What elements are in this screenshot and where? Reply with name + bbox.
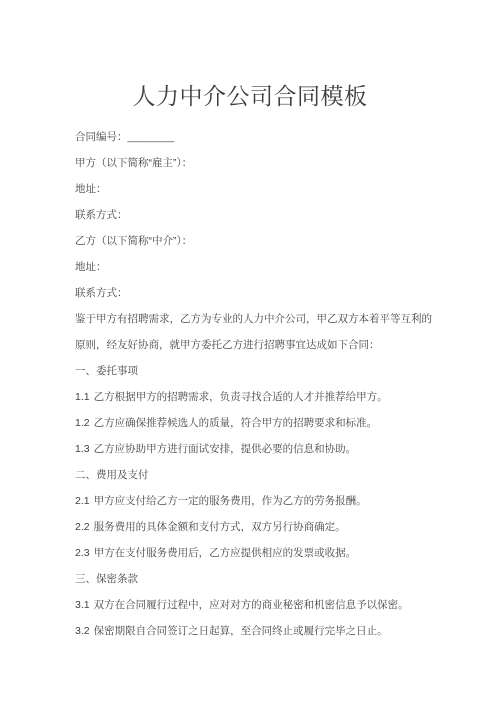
clause-3-1: 3.1双方在合同履行过程中，应对对方的商业秘密和机密信息予以保密。 xyxy=(75,592,440,618)
clause-2-2-text: 服务费用的具体金额和支付方式，双方另行协商确定。 xyxy=(94,521,346,533)
clause-1-1: 1.1乙方根据甲方的招聘需求，负责寻找合适的人才并推荐给甲方。 xyxy=(75,384,440,410)
clause-2-2: 2.2服务费用的具体金额和支付方式，双方另行协商确定。 xyxy=(75,514,440,540)
clause-2-3-number: 2.3 xyxy=(75,547,90,559)
clause-2-3: 2.3甲方在支付服务费用后，乙方应提供相应的发票或收据。 xyxy=(75,540,440,566)
clause-1-2: 1.2乙方应确保推荐候选人的质量，符合甲方的招聘要求和标准。 xyxy=(75,410,440,436)
clause-2-2-number: 2.2 xyxy=(75,521,90,533)
clause-1-3-text: 乙方应协助甲方进行面试安排，提供必要的信息和协助。 xyxy=(94,443,357,455)
document-body: 合同编号：________ 甲方（以下简称“雇主”）： 地址： 联系方式： 乙方… xyxy=(0,110,500,644)
clause-3-2-text: 保密期限自合同签订之日起算，至合同终止或履行完毕之日止。 xyxy=(94,625,388,637)
section-3-heading: 三、保密条款 xyxy=(75,566,440,592)
party-b-address-line: 地址： xyxy=(75,254,440,280)
contract-number-label: 合同编号： xyxy=(75,131,128,143)
contract-number-line: 合同编号：________ xyxy=(75,124,440,150)
clause-3-2-number: 3.2 xyxy=(75,625,90,637)
section-2-heading: 二、费用及支付 xyxy=(75,462,440,488)
preamble-line-2: 原则，经友好协商，就甲方委托乙方进行招聘事宜达成如下合同： xyxy=(75,332,440,358)
clause-1-3: 1.3乙方应协助甲方进行面试安排，提供必要的信息和协助。 xyxy=(75,436,440,462)
clause-3-1-number: 3.1 xyxy=(75,599,90,611)
clause-2-1-text: 甲方应支付给乙方一定的服务费用，作为乙方的劳务报酬。 xyxy=(94,495,367,507)
clause-3-2: 3.2保密期限自合同签订之日起算，至合同终止或履行完毕之日止。 xyxy=(75,618,440,644)
party-b-line: 乙方（以下简称“中介”）： xyxy=(75,228,440,254)
party-b-contact-line: 联系方式： xyxy=(75,280,440,306)
contract-number-blank: ________ xyxy=(128,131,175,143)
clause-1-3-number: 1.3 xyxy=(75,443,90,455)
clause-2-1-number: 2.1 xyxy=(75,495,90,507)
party-a-contact-line: 联系方式： xyxy=(75,202,440,228)
party-a-line: 甲方（以下简称“雇主”）： xyxy=(75,150,440,176)
clause-1-2-number: 1.2 xyxy=(75,417,90,429)
section-1-heading: 一、委托事项 xyxy=(75,358,440,384)
clause-1-1-number: 1.1 xyxy=(75,391,90,403)
preamble-line-1: 鉴于甲方有招聘需求，乙方为专业的人力中介公司，甲乙双方本着平等互利的 xyxy=(75,306,440,332)
document-title: 人力中介公司合同模板 xyxy=(0,0,500,110)
clause-2-3-text: 甲方在支付服务费用后，乙方应提供相应的发票或收据。 xyxy=(94,547,357,559)
clause-3-1-text: 双方在合同履行过程中，应对对方的商业秘密和机密信息予以保密。 xyxy=(94,599,409,611)
contract-document-page: 人力中介公司合同模板 合同编号：________ 甲方（以下简称“雇主”）： 地… xyxy=(0,0,500,707)
party-a-address-line: 地址： xyxy=(75,176,440,202)
clause-2-1: 2.1甲方应支付给乙方一定的服务费用，作为乙方的劳务报酬。 xyxy=(75,488,440,514)
clause-1-1-text: 乙方根据甲方的招聘需求，负责寻找合适的人才并推荐给甲方。 xyxy=(94,391,388,403)
clause-1-2-text: 乙方应确保推荐候选人的质量，符合甲方的招聘要求和标准。 xyxy=(94,417,378,429)
